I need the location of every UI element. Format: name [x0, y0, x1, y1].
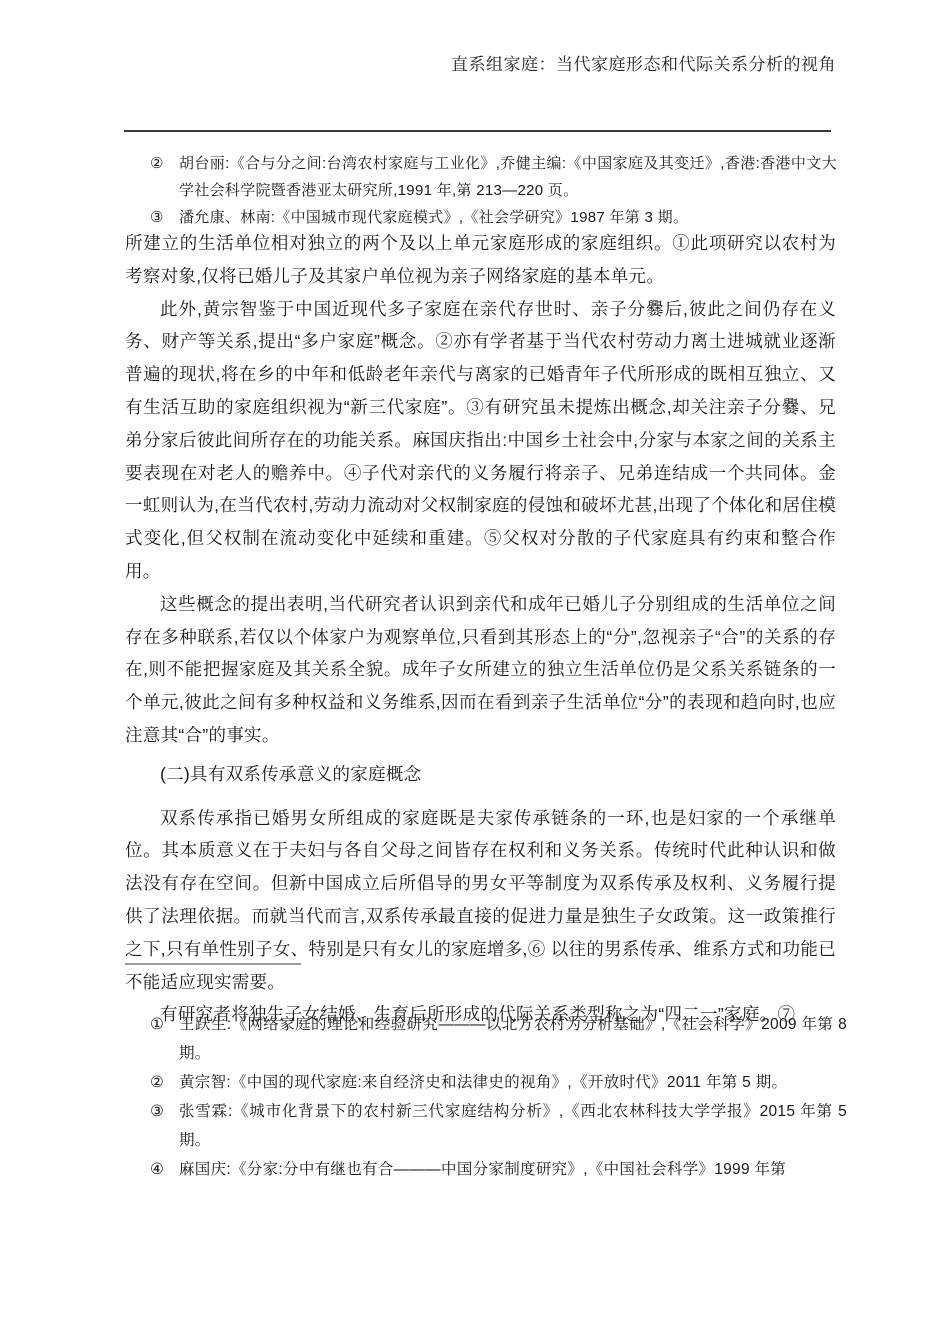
footnote-item: ③ 张雪霖:《城市化背景下的农村新三代家庭结构分析》,《西北农林科技大学学报》2… [125, 1097, 847, 1155]
footnote-text: 张雪霖:《城市化背景下的农村新三代家庭结构分析》,《西北农林科技大学学报》201… [179, 1097, 847, 1155]
footnote-item: ① 王跃生:《网络家庭的理论和经验研究———以北方农村为分析基础》,《社会科学》… [125, 1010, 847, 1068]
footnote-text: 王跃生:《网络家庭的理论和经验研究———以北方农村为分析基础》,《社会科学》20… [179, 1010, 847, 1068]
body-paragraph: 此外,黄宗智鉴于中国近现代多子家庭在亲代存世时、亲子分爨后,彼此之间仍存在义务、… [125, 293, 836, 588]
footnote-marker: ① [125, 1010, 179, 1068]
footnote-text: 黄宗智:《中国的现代家庭:来自经济史和法律史的视角》,《开放时代》2011 年第… [179, 1068, 847, 1097]
body-paragraph: 双系传承指已婚男女所组成的家庭既是夫家传承链条的一环,也是妇家的一个承继单位。其… [125, 802, 836, 999]
footnote-marker: ② [125, 150, 179, 204]
footnote-item: ④ 麻国庆:《分家:分中有继也有合———中国分家制度研究》,《中国社会科学》19… [125, 1155, 847, 1184]
bottom-footnotes-block: ① 王跃生:《网络家庭的理论和经验研究———以北方农村为分析基础》,《社会科学》… [125, 1010, 847, 1184]
footnote-separator-line [125, 963, 301, 965]
footnote-marker: ③ [125, 1097, 179, 1155]
footnote-marker: ④ [125, 1155, 179, 1184]
body-paragraph: 所建立的生活单位相对独立的两个及以上单元家庭形成的家庭组织。①此项研究以农村为考… [125, 227, 836, 293]
header-rule-line [124, 130, 831, 132]
footnote-text: 胡台丽:《合与分之间:台湾农村家庭与工业化》,乔健主编:《中国家庭及其变迁》,香… [179, 150, 837, 204]
footnote-item: ② 胡台丽:《合与分之间:台湾农村家庭与工业化》,乔健主编:《中国家庭及其变迁》… [125, 150, 837, 204]
running-header-title: 直系组家庭：当代家庭形态和代际关系分析的视角 [125, 53, 836, 77]
footnote-text: 麻国庆:《分家:分中有继也有合———中国分家制度研究》,《中国社会科学》1999… [179, 1155, 847, 1184]
document-page: 直系组家庭：当代家庭形态和代际关系分析的视角 ② 胡台丽:《合与分之间:台湾农村… [0, 0, 950, 1344]
section-heading: (二)具有双系传承意义的家庭概念 [125, 758, 836, 791]
footnote-marker: ② [125, 1068, 179, 1097]
body-text-block: 所建立的生活单位相对独立的两个及以上单元家庭形成的家庭组织。①此项研究以农村为考… [125, 227, 836, 1031]
top-footnotes-block: ② 胡台丽:《合与分之间:台湾农村家庭与工业化》,乔健主编:《中国家庭及其变迁》… [125, 150, 837, 231]
footnote-item: ② 黄宗智:《中国的现代家庭:来自经济史和法律史的视角》,《开放时代》2011 … [125, 1068, 847, 1097]
body-paragraph: 这些概念的提出表明,当代研究者认识到亲代和成年已婚儿子分别组成的生活单位之间存在… [125, 588, 836, 752]
